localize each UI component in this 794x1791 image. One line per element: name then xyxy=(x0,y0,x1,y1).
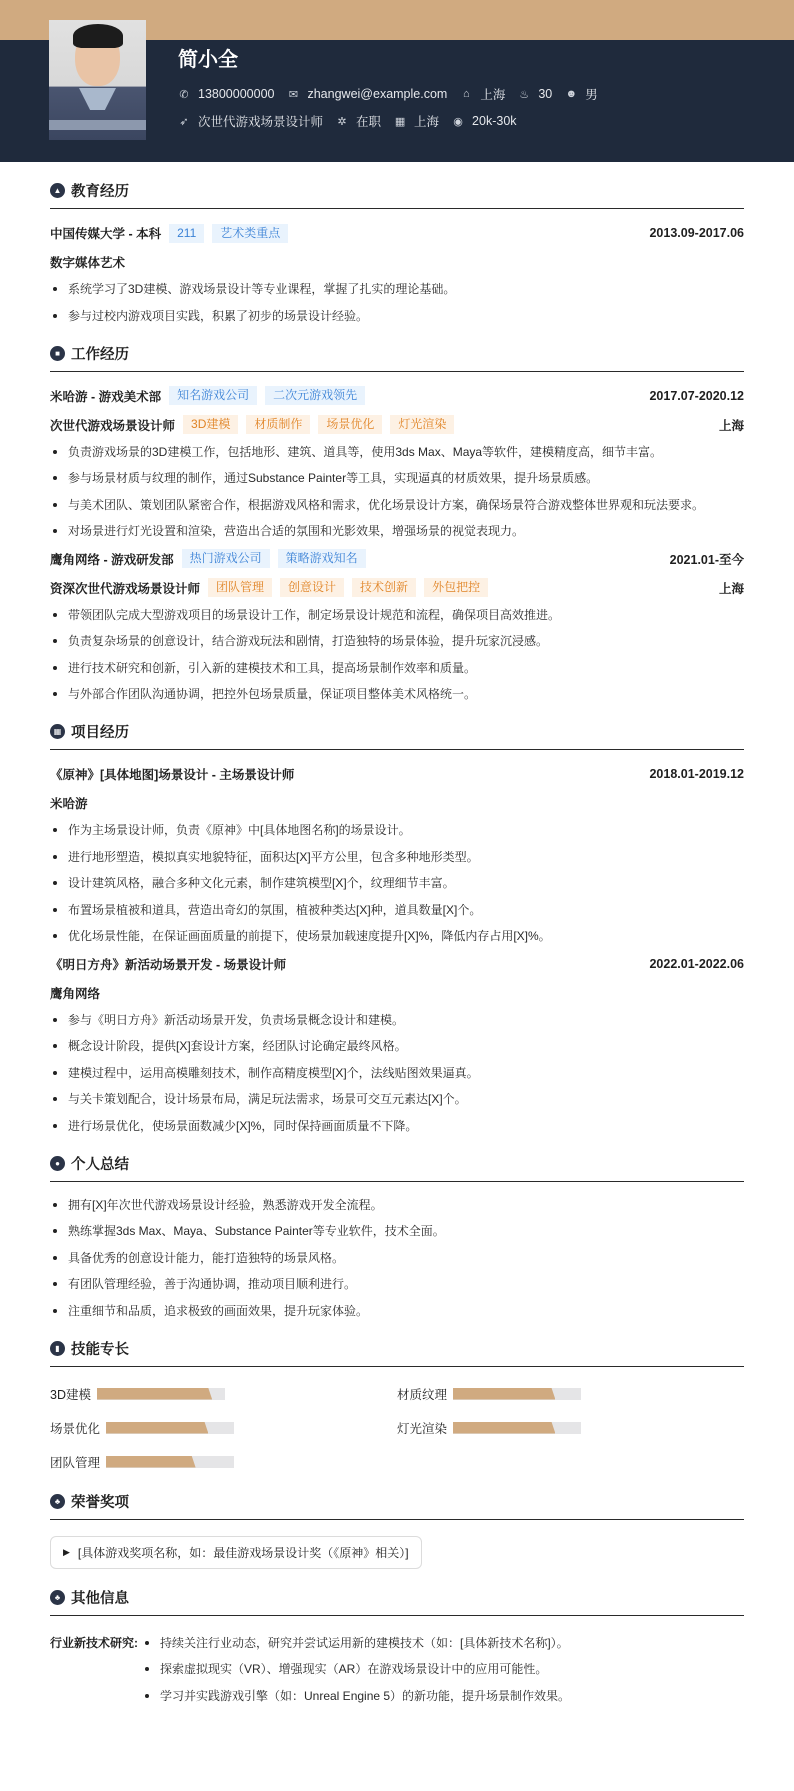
tag: 外包把控 xyxy=(424,578,488,597)
avatar-hair xyxy=(73,24,123,48)
award-item[interactable]: ▶[具体游戏奖项名称，如：最佳游戏场景设计奖（《原神》相关）] xyxy=(50,1536,422,1569)
education-entry-head: 中国传媒大学 - 本科 211 艺术类重点 2013.09-2017.06 xyxy=(50,223,744,243)
list-item: 进行技术研究和创新，引入新的建模技术和工具，提高场景制作效率和质量。 xyxy=(50,659,744,677)
tag: 团队管理 xyxy=(208,578,272,597)
skills-grid: 3D建模 材质纹理 场景优化 灯光渲染 团队管理 xyxy=(50,1387,744,1469)
list-item: 学习并实践游戏引擎（如：Unreal Engine 5）的新功能，提升场景制作效… xyxy=(142,1687,570,1705)
section-title: ♣荣誉奖项 xyxy=(50,1491,744,1520)
cake-icon: ♨ xyxy=(518,88,530,100)
section-skills: ▮技能专长 3D建模 材质纹理 场景优化 灯光渲染 团队管理 xyxy=(50,1338,744,1469)
bar-chart-icon: ▮ xyxy=(50,1341,65,1356)
section-education: ▲教育经历 中国传媒大学 - 本科 211 艺术类重点 2013.09-2017… xyxy=(50,180,744,325)
mail-icon: ✉ xyxy=(287,88,299,100)
list-item: 带领团队完成大型游戏项目的场景设计工作，制定场景设计规范和流程，确保项目高效推进… xyxy=(50,606,744,624)
info-email: ✉zhangwei@example.com xyxy=(287,87,447,101)
list-item: 设计建筑风格，融合多种文化元素，制作建筑模型[X]个，纹理细节丰富。 xyxy=(50,874,744,892)
candidate-name: 简小全 xyxy=(178,43,238,72)
skill-bar-fill xyxy=(106,1456,196,1468)
project-bullets: 作为主场景设计师，负责《原神》中[具体地图名称]的场景设计。 进行地形塑造，模拟… xyxy=(50,821,744,945)
age-text: 30 xyxy=(538,87,552,101)
list-item: 建模过程中，运用高模雕刻技术，制作高精度模型[X]个，法线贴图效果逼真。 xyxy=(50,1064,744,1082)
section-summary: ●个人总结 拥有[X]年次世代游戏场景设计经验，熟悉游戏开发全流程。 熟练掌握3… xyxy=(50,1153,744,1320)
list-item: 持续关注行业动态，研究并尝试运用新的建模技术（如：[具体新技术名称]）。 xyxy=(142,1634,570,1652)
list-item: 布置场景植被和道具，营造出奇幻的氛围，植被种类达[X]种，道具数量[X]个。 xyxy=(50,901,744,919)
tag: 技术创新 xyxy=(352,578,416,597)
job-role: 资深次世代游戏场景设计师 xyxy=(50,579,200,597)
info-phone: ✆13800000000 xyxy=(178,87,274,101)
position-text: 次世代游戏场景设计师 xyxy=(198,112,323,130)
list-item: 进行场景优化，使场景面数减少[X]%，同时保持画面质量不下降。 xyxy=(50,1117,744,1135)
expand-triangle-icon: ▶ xyxy=(63,1547,70,1558)
grid-icon: ▦ xyxy=(50,724,65,739)
project-name: 《明日方舟》新活动场景开发 - 场景设计师 xyxy=(50,955,286,973)
list-item: 与外部合作团队沟通协调，把控外包场景质量，保证项目整体美术风格统一。 xyxy=(50,685,744,703)
company-name: 米哈游 - 游戏美术部 xyxy=(50,387,161,405)
status-text: 在职 xyxy=(356,112,381,130)
job-entry-head: 鹰角网络 - 游戏研发部 热门游戏公司 策略游戏知名 2021.01-至今 xyxy=(50,549,744,569)
award-text: [具体游戏奖项名称，如：最佳游戏场景设计奖（《原神》相关）] xyxy=(78,1544,409,1561)
list-item: 参与《明日方舟》新活动场景开发，负责场景概念设计和建模。 xyxy=(50,1011,744,1029)
info-city: ⌂上海 xyxy=(460,85,505,103)
tag: 热门游戏公司 xyxy=(182,549,270,568)
other-bullets: 持续关注行业动态，研究并尝试运用新的建模技术（如：[具体新技术名称]）。 探索虚… xyxy=(142,1634,570,1714)
date-range: 2018.01-2019.12 xyxy=(649,767,744,781)
summary-bullets: 拥有[X]年次世代游戏场景设计经验，熟悉游戏开发全流程。 熟练掌握3ds Max… xyxy=(50,1196,744,1320)
bottom-spacer xyxy=(50,1713,744,1733)
list-item: 参与过校内游戏项目实践，积累了初步的场景设计经验。 xyxy=(50,307,744,325)
skill-bar xyxy=(106,1456,234,1468)
resume-header: 简小全 ✆13800000000 ✉zhangwei@example.com ⌂… xyxy=(0,40,794,162)
section-title-text: 荣誉奖项 xyxy=(71,1491,129,1512)
section-title: ●个人总结 xyxy=(50,1153,744,1182)
award-icon: ♣ xyxy=(50,1494,65,1509)
info-position: ➶次世代游戏场景设计师 xyxy=(178,112,323,130)
list-item: 系统学习了3D建模、游戏场景设计等专业课程，掌握了扎实的理论基础。 xyxy=(50,280,744,298)
skill-bar-fill xyxy=(453,1388,555,1400)
section-work: ■工作经历 米哈游 - 游戏美术部 知名游戏公司 二次元游戏领先 2017.07… xyxy=(50,343,744,704)
skill-item: 灯光渲染 xyxy=(397,1421,744,1435)
phone-text: 13800000000 xyxy=(198,87,274,101)
skill-bar xyxy=(453,1388,581,1400)
school-name: 中国传媒大学 - 本科 xyxy=(50,224,161,242)
skill-label: 场景优化 xyxy=(50,1419,100,1437)
tag: 材质制作 xyxy=(246,415,310,434)
send-icon: ➶ xyxy=(178,115,190,127)
job-role: 次世代游戏场景设计师 xyxy=(50,416,175,434)
skill-item: 场景优化 xyxy=(50,1421,397,1435)
tag: 场景优化 xyxy=(318,415,382,434)
section-title-text: 工作经历 xyxy=(71,343,129,364)
skill-bar xyxy=(97,1388,225,1400)
project-company: 米哈游 xyxy=(50,793,744,813)
job-bullets: 带领团队完成大型游戏项目的场景设计工作，制定场景设计规范和流程，确保项目高效推进… xyxy=(50,606,744,704)
job-entry-head: 米哈游 - 游戏美术部 知名游戏公司 二次元游戏领先 2017.07-2020.… xyxy=(50,386,744,406)
section-title: ■工作经历 xyxy=(50,343,744,372)
section-title: ♣其他信息 xyxy=(50,1587,744,1616)
job-intent-row: ➶次世代游戏场景设计师 ✲在职 ▦上海 ◉20k-30k xyxy=(178,112,530,130)
date-range: 2021.01-至今 xyxy=(670,550,744,568)
salary-icon: ◉ xyxy=(452,115,464,127)
job-location: 上海 xyxy=(719,579,744,597)
list-item: 探索虚拟现实（VR）、增强现实（AR）在游戏场景设计中的应用可能性。 xyxy=(142,1660,570,1678)
skill-item: 3D建模 xyxy=(50,1387,397,1401)
project-entry-head: 《原神》[具体地图]场景设计 - 主场景设计师 2018.01-2019.12 xyxy=(50,764,744,784)
list-item: 注重细节和品质，追求极致的画面效果，提升玩家体验。 xyxy=(50,1302,744,1320)
contact-row: ✆13800000000 ✉zhangwei@example.com ⌂上海 ♨… xyxy=(178,85,611,103)
list-item: 有团队管理经验，善于沟通协调，推动项目顺利进行。 xyxy=(50,1275,744,1293)
list-item: 作为主场景设计师，负责《原神》中[具体地图名称]的场景设计。 xyxy=(50,821,744,839)
avatar xyxy=(49,20,146,140)
section-title: ▲教育经历 xyxy=(50,180,744,209)
avatar-shirt-stripe xyxy=(49,120,146,130)
city-text: 上海 xyxy=(480,85,505,103)
list-item: 负责游戏场景的3D建模工作，包括地形、建筑、道具等，使用3ds Max、Maya… xyxy=(50,443,744,461)
tag: 创意设计 xyxy=(280,578,344,597)
project-entry-head: 《明日方舟》新活动场景开发 - 场景设计师 2022.01-2022.06 xyxy=(50,954,744,974)
skill-label: 材质纹理 xyxy=(397,1385,447,1403)
briefcase-icon: ■ xyxy=(50,346,65,361)
info-gender: ☻男 xyxy=(565,85,598,103)
skill-bar xyxy=(453,1422,581,1434)
info-status: ✲在职 xyxy=(336,112,381,130)
tag: 211 xyxy=(169,224,204,243)
section-title-text: 项目经历 xyxy=(71,721,129,742)
job-role-row: 次世代游戏场景设计师 3D建模 材质制作 场景优化 灯光渲染 上海 xyxy=(50,415,744,435)
list-item: 拥有[X]年次世代游戏场景设计经验，熟悉游戏开发全流程。 xyxy=(50,1196,744,1214)
section-title-text: 其他信息 xyxy=(71,1587,129,1608)
skill-bar-fill xyxy=(453,1422,555,1434)
skill-item: 材质纹理 xyxy=(397,1387,744,1401)
status-icon: ✲ xyxy=(336,115,348,127)
phone-icon: ✆ xyxy=(178,88,190,100)
info-icon: ♣ xyxy=(50,1590,65,1605)
date-range: 2022.01-2022.06 xyxy=(649,957,744,971)
project-bullets: 参与《明日方舟》新活动场景开发，负责场景概念设计和建模。 概念设计阶段，提供[X… xyxy=(50,1011,744,1135)
resume-body: ▲教育经历 中国传媒大学 - 本科 211 艺术类重点 2013.09-2017… xyxy=(0,180,794,1733)
section-projects: ▦项目经历 《原神》[具体地图]场景设计 - 主场景设计师 2018.01-20… xyxy=(50,721,744,1135)
skill-bar-fill xyxy=(106,1422,208,1434)
list-item: 优化场景性能，在保证画面质量的前提下，使场景加载速度提升[X]%，降低内存占用[… xyxy=(50,927,744,945)
section-title-text: 技能专长 xyxy=(71,1338,129,1359)
info-salary: ◉20k-30k xyxy=(452,114,516,128)
skill-label: 3D建模 xyxy=(50,1385,91,1403)
tag: 灯光渲染 xyxy=(390,415,454,434)
skill-label: 团队管理 xyxy=(50,1453,100,1471)
section-awards: ♣荣誉奖项 ▶[具体游戏奖项名称，如：最佳游戏场景设计奖（《原神》相关）] xyxy=(50,1491,744,1569)
info-work-city: ▦上海 xyxy=(394,112,439,130)
list-item: 对场景进行灯光设置和渲染，营造出合适的氛围和光影效果，增强场景的视觉表现力。 xyxy=(50,522,744,540)
list-item: 进行地形塑造，模拟真实地貌特征，面积达[X]平方公里，包含多种地形类型。 xyxy=(50,848,744,866)
project-name: 《原神》[具体地图]场景设计 - 主场景设计师 xyxy=(50,765,294,783)
education-bullets: 系统学习了3D建模、游戏场景设计等专业课程，掌握了扎实的理论基础。 参与过校内游… xyxy=(50,280,744,325)
user-icon: ● xyxy=(50,1156,65,1171)
tag: 艺术类重点 xyxy=(212,224,288,243)
tag: 二次元游戏领先 xyxy=(265,386,365,405)
avatar-collar xyxy=(79,88,116,110)
date-range: 2017.07-2020.12 xyxy=(649,389,744,403)
job-role-row: 资深次世代游戏场景设计师 团队管理 创意设计 技术创新 外包把控 上海 xyxy=(50,578,744,598)
section-title-text: 教育经历 xyxy=(71,180,129,201)
job-location: 上海 xyxy=(719,416,744,434)
other-info-row: 行业新技术研究: 持续关注行业动态，研究并尝试运用新的建模技术（如：[具体新技术… xyxy=(50,1634,744,1714)
date-range: 2013.09-2017.06 xyxy=(649,226,744,240)
building-icon: ▦ xyxy=(394,115,406,127)
section-title-text: 个人总结 xyxy=(71,1153,129,1174)
gender-text: 男 xyxy=(585,85,598,103)
info-age: ♨30 xyxy=(518,87,552,101)
email-text: zhangwei@example.com xyxy=(307,87,447,101)
list-item: 与关卡策划配合，设计场景布局，满足玩法需求，场景可交互元素达[X]个。 xyxy=(50,1090,744,1108)
tag: 策略游戏知名 xyxy=(278,549,366,568)
section-other: ♣其他信息 行业新技术研究: 持续关注行业动态，研究并尝试运用新的建模技术（如：… xyxy=(50,1587,744,1714)
section-title: ▮技能专长 xyxy=(50,1338,744,1367)
project-company: 鹰角网络 xyxy=(50,983,744,1003)
skill-item: 团队管理 xyxy=(50,1455,397,1469)
list-item: 参与场景材质与纹理的制作，通过Substance Painter等工具，实现逼真… xyxy=(50,469,744,487)
list-item: 负责复杂场景的创意设计，结合游戏玩法和剧情，打造独特的场景体验，提升玩家沉浸感。 xyxy=(50,632,744,650)
list-item: 与美术团队、策划团队紧密合作，根据游戏风格和需求，优化场景设计方案，确保场景符合… xyxy=(50,496,744,514)
graduation-cap-icon: ▲ xyxy=(50,183,65,198)
skill-label: 灯光渲染 xyxy=(397,1419,447,1437)
section-title: ▦项目经历 xyxy=(50,721,744,750)
major: 数字媒体艺术 xyxy=(50,252,744,272)
company-name: 鹰角网络 - 游戏研发部 xyxy=(50,550,174,568)
skill-bar xyxy=(106,1422,234,1434)
salary-text: 20k-30k xyxy=(472,114,516,128)
other-info-label: 行业新技术研究: xyxy=(50,1634,138,1714)
work-city-text: 上海 xyxy=(414,112,439,130)
tag: 知名游戏公司 xyxy=(169,386,257,405)
home-icon: ⌂ xyxy=(460,88,472,100)
list-item: 概念设计阶段，提供[X]套设计方案，经团队讨论确定最终风格。 xyxy=(50,1037,744,1055)
tag: 3D建模 xyxy=(183,415,238,434)
list-item: 熟练掌握3ds Max、Maya、Substance Painter等专业软件，… xyxy=(50,1222,744,1240)
gender-icon: ☻ xyxy=(565,88,577,100)
job-bullets: 负责游戏场景的3D建模工作，包括地形、建筑、道具等，使用3ds Max、Maya… xyxy=(50,443,744,541)
skill-bar-fill xyxy=(97,1388,212,1400)
list-item: 具备优秀的创意设计能力，能打造独特的场景风格。 xyxy=(50,1249,744,1267)
